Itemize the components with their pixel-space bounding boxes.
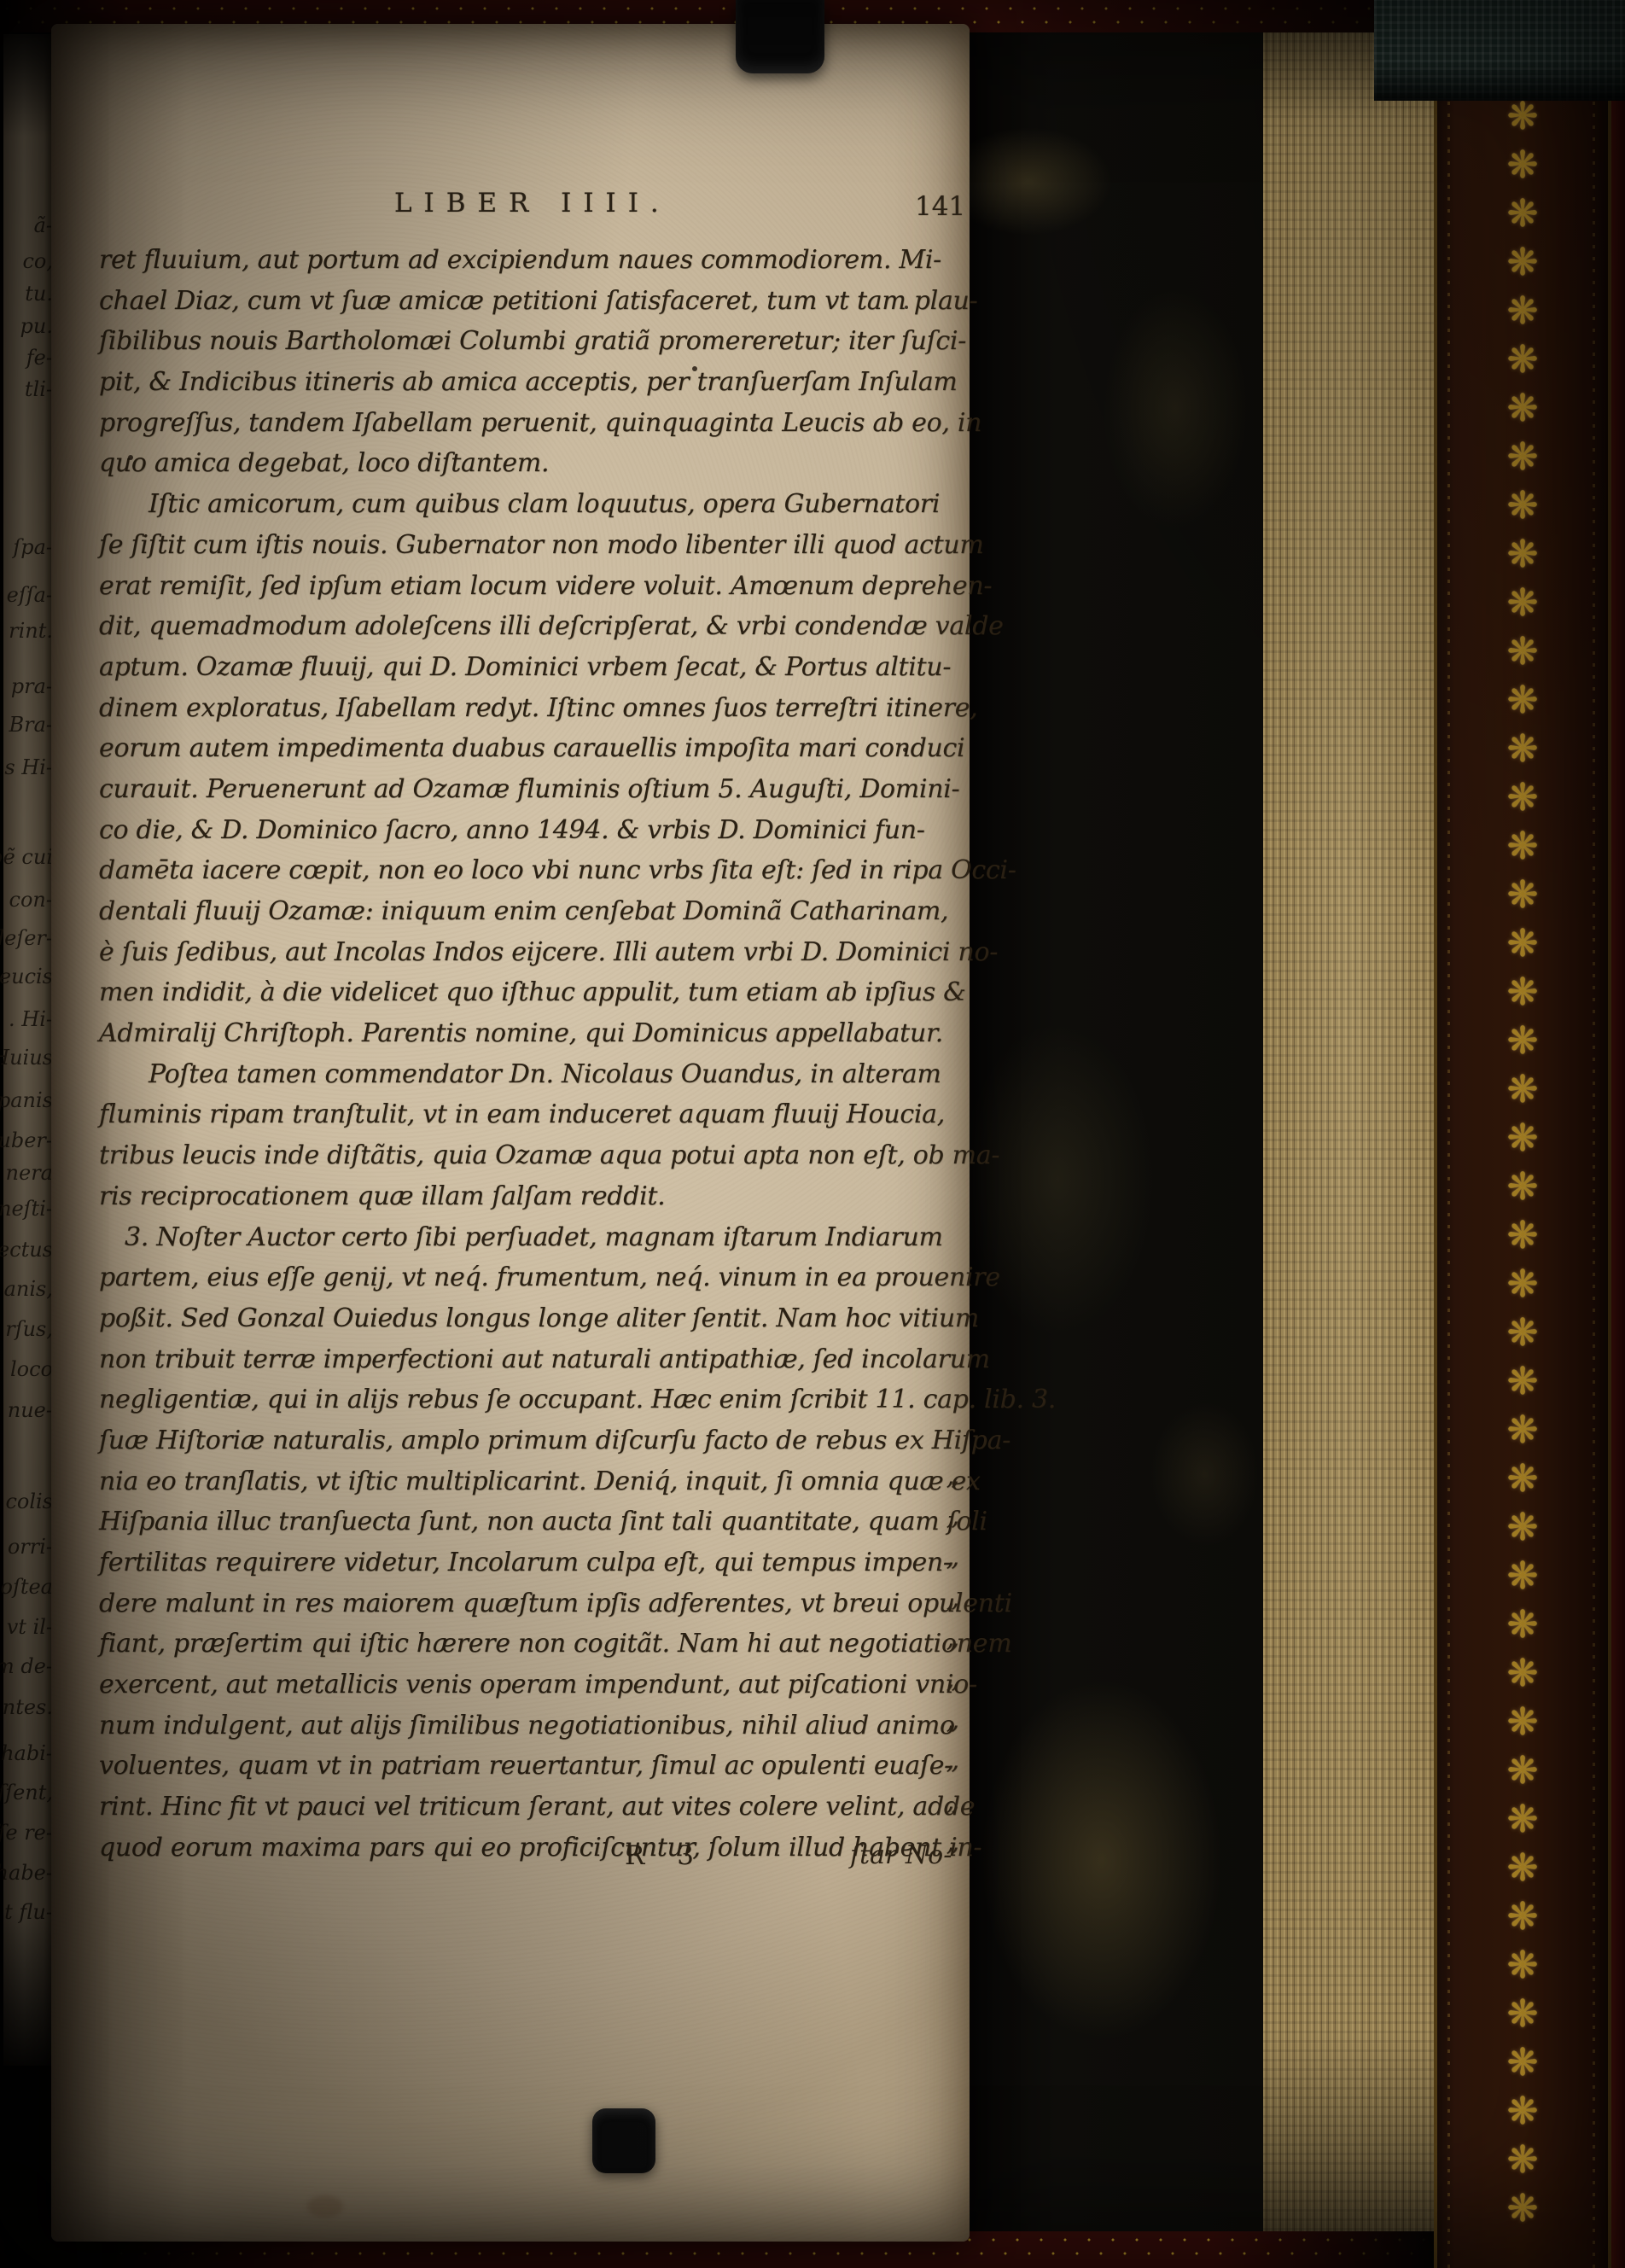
text-line: curauit. Peruenerunt ad Ozamæ fluminis o…	[99, 769, 944, 810]
margin-fragment: ſſent,	[0, 1781, 53, 1804]
running-title: LIBER IIII.	[394, 188, 671, 219]
text-line: chael Diaz, cum vt ſuæ amicæ petitioni ſ…	[99, 281, 944, 322]
foxing-spot	[128, 455, 133, 460]
margin-fragment: rſus,	[5, 1317, 53, 1341]
signature-mark: R 3	[625, 1840, 706, 1871]
page-holder-top	[736, 0, 824, 73]
margin-fragment: vt il-	[7, 1615, 53, 1639]
text-line: rint. Hinc fit vt pauci vel triticum ſer…	[99, 1787, 944, 1828]
margin-fragment: rint.	[9, 619, 53, 643]
margin-quote-mark: „	[946, 1618, 961, 1659]
text-line: 3. Noſter Auctor certo ſibi perſuadet, m…	[99, 1217, 944, 1258]
margin-fragment: anis,	[4, 1277, 53, 1301]
text-line: dit, quemadmodum adoleſcens illi deſcrip…	[99, 606, 944, 647]
text-line: poßit. Sed Gonzal Ouiedus longus longe a…	[99, 1298, 944, 1339]
foxing-spot	[903, 748, 907, 752]
margin-fragment: orri-	[8, 1535, 53, 1559]
margin-fragment: ã-	[34, 213, 53, 237]
margin-quote-mark: „	[946, 1537, 961, 1578]
page-number: 141	[915, 191, 965, 222]
text-line: Poſtea tamen commendator Dn. Nicolaus Ou…	[99, 1054, 944, 1095]
signature-row: R 3 ſtar No-	[99, 1840, 961, 1881]
text-line: fiant, præſertim qui iſtic hærere non co…	[99, 1624, 944, 1665]
margin-fragment: pra-	[11, 674, 53, 698]
paper-stain	[307, 2195, 343, 2218]
margin-fragment: con-	[9, 888, 53, 912]
text-line: ret fluuium, aut portum ad excipiendum n…	[99, 240, 944, 281]
text-line: voluentes, quam vt in patriam reuertantu…	[99, 1746, 944, 1787]
text-line: men indidit, à die videlicet quo iſthuc …	[99, 972, 944, 1013]
margin-fragment: co,	[22, 249, 53, 273]
margin-quote-mark: „	[946, 1700, 961, 1741]
text-line: eorum autem impedimenta duabus carauelli…	[99, 728, 944, 769]
foxing-spot	[905, 306, 908, 309]
text-line: num indulgent, aut alijs ſimilibus negot…	[99, 1705, 944, 1746]
text-line: Hiſpania illuc tranſuecta ſunt, non auct…	[99, 1501, 944, 1542]
margin-fragment: eucis	[0, 965, 53, 988]
margin-fragment: panis	[0, 1088, 53, 1112]
text-line: ris reciprocationem quæ illam ſalſam red…	[99, 1176, 944, 1217]
margin-quote-mark: „	[946, 1659, 961, 1700]
foxing-spot	[692, 366, 697, 371]
margin-fragment: nue-	[8, 1398, 53, 1422]
margin-fragment: ſpa-	[13, 535, 53, 559]
margin-fragment: t flu-	[4, 1900, 53, 1924]
cloth-texture-corner	[1374, 0, 1625, 101]
text-line: dere malunt in res maiorem quæſtum ipſis…	[99, 1583, 944, 1624]
margin-fragment: bẽ cui	[0, 845, 53, 869]
page-holder-bottom	[592, 2108, 655, 2173]
catchword: ſtar No-	[850, 1840, 952, 1870]
text-line: ſibilibus nouis Bartholomæi Columbi grat…	[99, 321, 944, 362]
margin-fragment: nera	[6, 1161, 53, 1185]
text-line: fertilitas requirere videtur, Incolarum …	[99, 1542, 944, 1583]
text-line: ſe ſiſtit cum iſtis nouis. Gubernator no…	[99, 525, 944, 566]
text-line: quo amica degebat, loco diſtantem.	[99, 443, 944, 484]
margin-fragment: s Hi-	[4, 755, 53, 779]
margin-fragment: pu.	[20, 314, 53, 338]
margin-fragment: deſer-	[0, 926, 53, 950]
text-line: è ſuis ſedibus, aut Incolas Indos eijcer…	[99, 932, 944, 973]
margin-fragment: neſti-	[0, 1197, 53, 1221]
cover-marbled-texture	[970, 0, 1263, 2268]
margin-fragment: eſſa-	[7, 583, 53, 607]
text-line: progreſſus, tandem Iſabellam peruenit, q…	[99, 403, 944, 444]
stacked-page-edges	[1263, 0, 1434, 2268]
margin-quote-mark: „	[946, 1456, 961, 1497]
text-line: ſuæ Hiſtoriæ naturalis, amplo primum diſ…	[99, 1420, 944, 1461]
cover-right-edge	[1611, 0, 1625, 2268]
book-photograph: ❋ ❋ ❋ ❋ ❋ ❋ ❋ ❋ ❋ ❋ ❋ ❋ ❋ ❋ ❋ ❋ ❋ ❋ ❋ ❋ …	[0, 0, 1625, 2268]
margin-quote-mark: „	[946, 1578, 961, 1619]
margin-quote-mark: „	[946, 1740, 961, 1781]
text-line: Admiralij Chriſtoph. Parentis nomine, qu…	[99, 1013, 944, 1054]
margin-fragment: ſſe re-	[0, 1821, 53, 1845]
text-line: erat remiſit, ſed ipſum etiam locum vide…	[99, 566, 944, 607]
text-line: dinem exploratus, Iſabellam redyt. Iſtin…	[99, 688, 944, 729]
margin-fragment: uber-	[0, 1128, 53, 1152]
margin-quote-mark: „	[946, 1496, 961, 1537]
margin-fragment: tli-	[25, 377, 53, 401]
text-line: exercent, aut metallicis venis operam im…	[99, 1665, 944, 1705]
margin-fragment: . Hi-	[9, 1007, 53, 1031]
margin-fragment: Bra-	[9, 713, 53, 737]
margin-fragment: Huius	[0, 1046, 53, 1070]
margin-fragment: fe-	[26, 346, 53, 370]
text-line: co die, & D. Dominico ſacro, anno 1494. …	[99, 810, 944, 851]
gilt-tooled-border: ❋ ❋ ❋ ❋ ❋ ❋ ❋ ❋ ❋ ❋ ❋ ❋ ❋ ❋ ❋ ❋ ❋ ❋ ❋ ❋ …	[1434, 0, 1611, 2268]
margin-fragment: colis	[5, 1490, 53, 1513]
margin-fragment: oſtea	[1, 1575, 54, 1599]
text-line: partem, eius eſſe genij, vt neq́. frumen…	[99, 1257, 944, 1298]
text-line: non tribuit terræ imperfectioni aut natu…	[99, 1339, 944, 1380]
body-text: ret fluuium, aut portum ad excipiendum n…	[99, 240, 944, 1869]
text-line: negligentiæ, qui in alijs rebus ſe occup…	[99, 1379, 944, 1420]
margin-fragment: habe-	[0, 1861, 53, 1885]
text-line: nia eo tranſlatis, vt iſtic multiplicari…	[99, 1461, 944, 1502]
facing-page-sliver: ã-co,tu.pu.fe-tli-ſpa-eſſa-rint.pra-Bra-…	[3, 34, 55, 2066]
text-line: fluminis ripam tranſtulit, vt in eam ind…	[99, 1094, 944, 1135]
gilt-ornament-column: ❋ ❋ ❋ ❋ ❋ ❋ ❋ ❋ ❋ ❋ ❋ ❋ ❋ ❋ ❋ ❋ ❋ ❋ ❋ ❋ …	[1434, 0, 1611, 2233]
text-line: aptum. Ozamæ fluuij, qui D. Dominici vrb…	[99, 647, 944, 688]
margin-fragment: loco	[10, 1357, 53, 1381]
text-line: tribus leucis inde diſtãtis, quia Ozamæ …	[99, 1135, 944, 1176]
margin-fragment: ectus	[0, 1238, 53, 1262]
text-line: damēta iacere cœpit, non eo loco vbi nun…	[99, 850, 944, 891]
margin-fragment: habi-	[1, 1741, 53, 1765]
margin-fragment: ntes.	[3, 1695, 53, 1719]
margin-fragment: tu.	[25, 282, 53, 306]
text-line: pit, & Indicibus itineris ab amica accep…	[99, 362, 944, 403]
text-line: dentali fluuij Ozamæ: iniquum enim cenſe…	[99, 891, 944, 932]
book-page: LIBER IIII. 141 ret fluuium, aut portum …	[51, 24, 970, 2242]
margin-fragment: m de-	[0, 1654, 53, 1678]
margin-quote-mark: „	[946, 1781, 961, 1822]
text-line: Iſtic amicorum, cum quibus clam loquutus…	[99, 484, 944, 525]
